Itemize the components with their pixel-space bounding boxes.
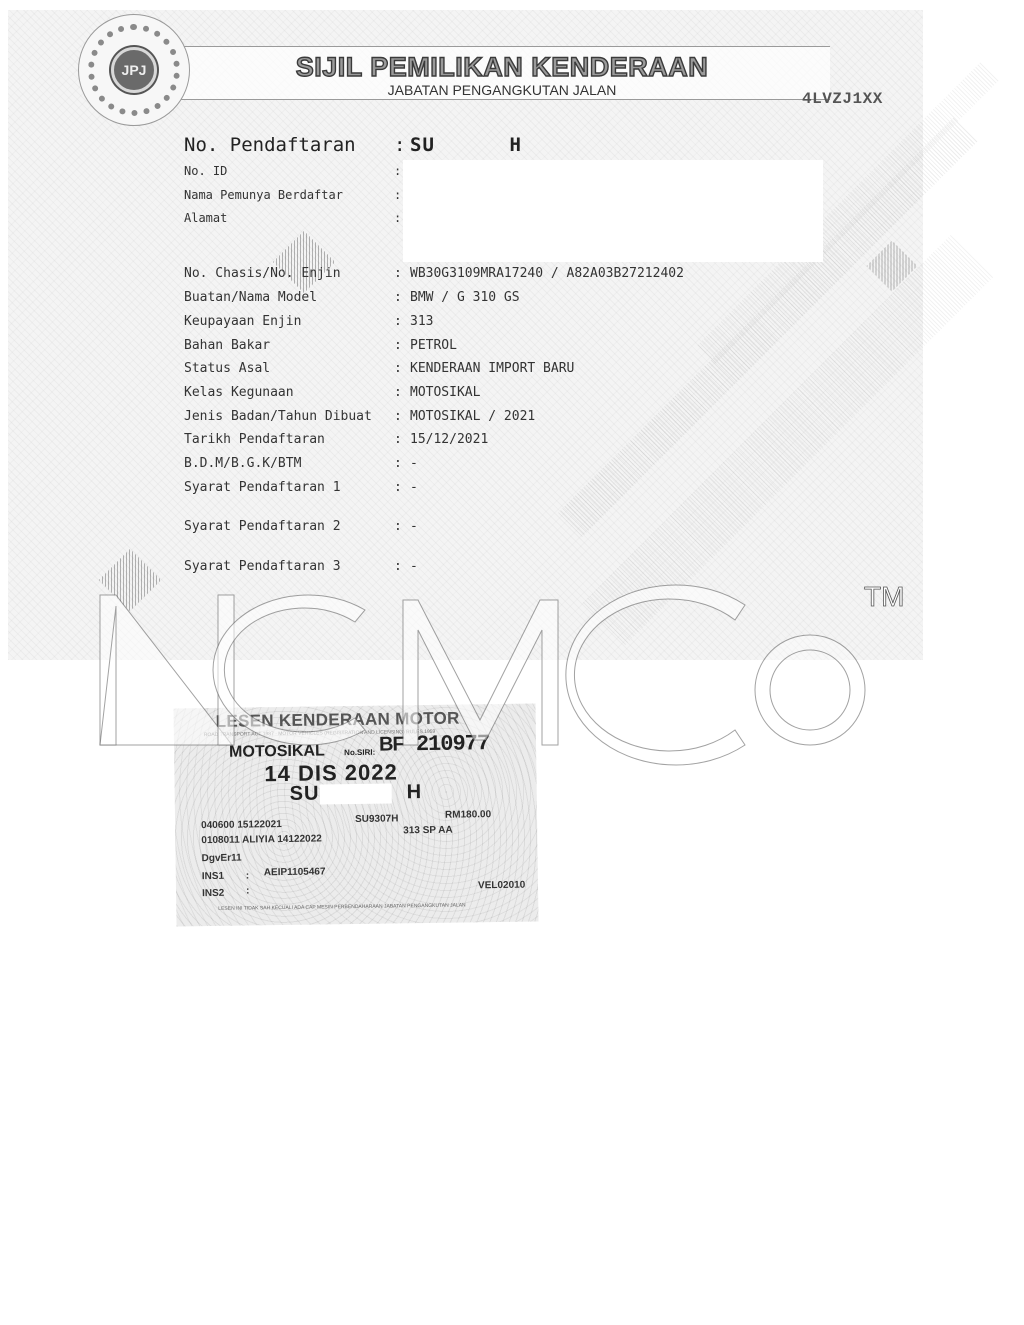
disc-serial-label: No.SIRI: [344, 748, 375, 757]
field-value: - [410, 559, 418, 574]
field-value: KENDERAAN IMPORT BARU [410, 361, 574, 376]
field-value: - [410, 519, 418, 534]
field-label: Nama Pemunya Berdaftar [184, 188, 343, 202]
field-label: No. ID [184, 164, 227, 178]
field-separator: : [394, 134, 405, 156]
disc-ins1-label: INS1 [202, 871, 224, 882]
disc-line-2: 0108011 ALIYIA 14122022 [201, 833, 322, 846]
disc-ins1-value: AEIP1105467 [264, 866, 326, 878]
wreath-icon: JPJ [88, 24, 180, 116]
field-label: Syarat Pendaftaran 1 [184, 480, 341, 495]
security-diamond [273, 231, 335, 293]
disc-vehicle-class: MOTOSIKAL [229, 742, 325, 761]
disc-plate-full: SU9307H [355, 813, 399, 825]
road-tax-disc: LESEN KENDERAAN MOTOR ROAD TRANSPORT ACT… [173, 703, 538, 926]
field-separator: : [394, 314, 402, 329]
field-label: Tarikh Pendaftaran [184, 432, 325, 447]
field-label: Syarat Pendaftaran 3 [184, 559, 341, 574]
field-value: WB30G3109MRA17240 / A82A03B27212402 [410, 266, 684, 281]
field-separator: : [394, 211, 401, 225]
disc-footer: LESEN INI TIDAK SAH KECUALI ADA CAP MESI… [218, 902, 465, 911]
disc-engine-info: 313 SP AA [403, 825, 453, 837]
field-label: Status Asal [184, 361, 270, 376]
field-value: - [410, 480, 418, 495]
field-label: Kelas Kegunaan [184, 385, 294, 400]
field-value: MOTOSIKAL / 2021 [410, 409, 535, 424]
disc-line-3: DgvEr11 [202, 853, 242, 865]
field-label: B.D.M/B.G.K/BTM [184, 456, 301, 471]
field-separator: : [394, 456, 402, 471]
field-label: Jenis Badan/Tahun Dibuat [184, 409, 372, 424]
field-separator: : [394, 338, 402, 353]
field-label: Bahan Bakar [184, 338, 270, 353]
jpj-seal-icon: JPJ [78, 14, 190, 126]
disc-plate-redaction [320, 784, 392, 805]
certificate-title: SIJIL PEMILIKAN KENDERAAN [228, 52, 776, 83]
security-diamond [99, 549, 161, 611]
disc-ins2-sep: : [246, 885, 249, 896]
field-separator: : [394, 385, 402, 400]
field-value: - [410, 456, 418, 471]
disc-plate-start: SU [290, 783, 320, 806]
disc-ins2-label: INS2 [202, 888, 224, 899]
field-label: No. Chasis/No. Enjin [184, 266, 341, 281]
field-value: 15/12/2021 [410, 432, 488, 447]
disc-line-1: 040600 15122021 [201, 819, 282, 831]
disc-plate-end: H [407, 781, 422, 804]
field-value: BMW / G 310 GS [410, 290, 520, 305]
field-separator: : [394, 361, 402, 376]
disc-serial: BF 210977 [379, 731, 489, 758]
field-value: PETROL [410, 338, 457, 353]
field-value: MOTOSIKAL [410, 385, 480, 400]
field-value: 313 [410, 314, 433, 329]
field-separator: : [394, 164, 401, 178]
redaction-box [403, 160, 823, 262]
field-label: Buatan/Nama Model [184, 290, 317, 305]
field-separator: : [394, 559, 402, 574]
seal-core: JPJ [111, 47, 157, 93]
disc-fee: RM180.00 [445, 809, 491, 821]
field-label: Keupayaan Enjin [184, 314, 301, 329]
field-label: Syarat Pendaftaran 2 [184, 519, 341, 534]
field-label: No. Pendaftaran [184, 134, 356, 156]
field-separator: : [394, 409, 402, 424]
field-separator: : [394, 188, 401, 202]
disc-serial-number: 210977 [416, 731, 490, 757]
field-separator: : [394, 290, 402, 305]
disc-code: VEL02010 [478, 880, 525, 892]
field-label: Alamat [184, 211, 227, 225]
field-separator: : [394, 480, 402, 495]
field-separator: : [394, 266, 402, 281]
certificate-subtitle: JABATAN PENGANGKUTAN JALAN [228, 82, 776, 98]
certificate-code: 4LVZJ1XX [802, 90, 883, 108]
disc-serial-prefix: BF [379, 733, 404, 755]
field-separator: : [394, 432, 402, 447]
field-value: SU H [410, 134, 522, 156]
disc-ins1-sep: : [246, 870, 249, 881]
field-separator: : [394, 519, 402, 534]
